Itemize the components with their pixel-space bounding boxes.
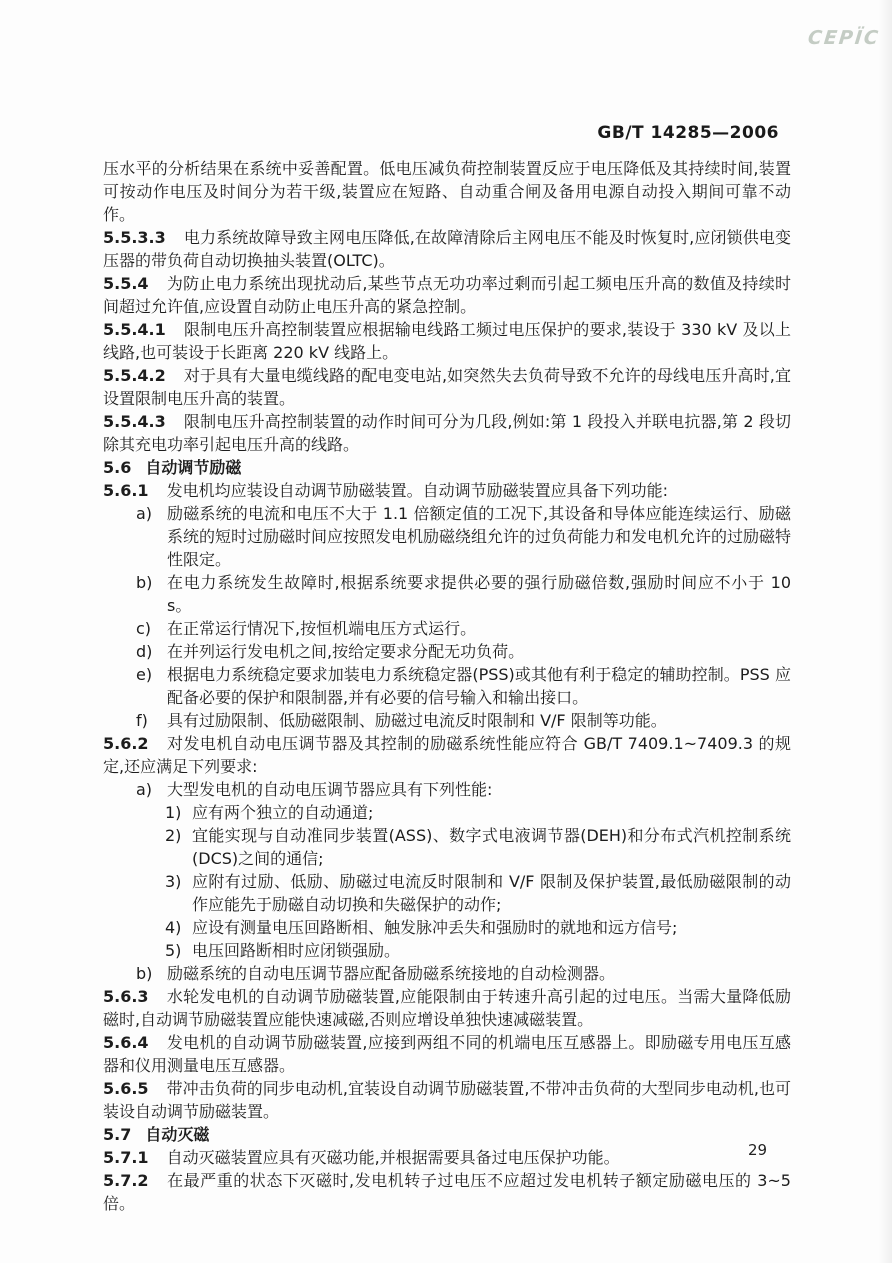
page-number: 29 [748,1141,767,1159]
list-label: d) [136,640,167,663]
list-item: a)大型发电机的自动电压调节器应具有下列性能: [103,778,791,801]
clause-text: 对于具有大量电缆线路的配电变电站,如突然失去负荷导致不允许的母线电压升高时,宜设… [103,366,791,408]
list-text: 电压回路断相时应闭锁强励。 [192,939,791,962]
paragraph: 压水平的分析结果在系统中妥善配置。低电压减负荷控制装置反应于电压降低及其持续时间… [103,157,791,226]
clause-text: 自动灭磁装置应具有灭磁功能,并根据需要具备过电压保护功能。 [167,1148,620,1167]
clause-text: 带冲击负荷的同步电动机,宜装设自动调节励磁装置,不带冲击负荷的大型同步电动机,也… [103,1079,791,1121]
list-text: 在并列运行发电机之间,按给定要求分配无功负荷。 [167,640,791,663]
clause-number: 5.5.4.3 [103,412,166,431]
section-heading: 5.6自动调节励磁 [103,456,791,479]
clause-number: 5.7.2 [103,1171,149,1190]
paragraph: 5.6.2对发电机自动电压调节器及其控制的励磁系统性能应符合 GB/T 7409… [103,732,791,778]
list-subitem: 3)应附有过励、低励、励磁过电流反时限制和 V/F 限制及保护装置,最低励磁限制… [103,870,791,916]
list-item: b)在电力系统发生故障时,根据系统要求提供必要的强行励磁倍数,强励时间应不小于 … [103,571,791,617]
document-page: CEPÏC GB/T 14285—2006 压水平的分析结果在系统中妥善配置。低… [0,0,892,1263]
list-text: 具有过励限制、低励磁限制、励磁过电流反时限制和 V/F 限制等功能。 [167,709,791,732]
list-label: 5) [165,939,192,962]
list-label: 4) [165,916,192,939]
list-label: 2) [165,824,192,870]
list-label: a) [136,778,167,801]
list-label: a) [136,502,167,571]
list-text: 在正常运行情况下,按恒机端电压方式运行。 [167,617,791,640]
cepic-logo: CEPÏC [807,27,881,49]
list-label: e) [136,663,167,709]
standard-code-header: GB/T 14285—2006 [597,123,779,143]
list-subitem: 4)应设有测量电压回路断相、触发脉冲丢失和强励时的就地和远方信号; [103,916,791,939]
clause-text: 电力系统故障导致主网电压降低,在故障清除后主网电压不能及时恢复时,应闭锁供电变压… [103,228,791,270]
list-text: 励磁系统的自动电压调节器应配备励磁系统接地的自动检测器。 [167,962,791,985]
list-item: b)励磁系统的自动电压调节器应配备励磁系统接地的自动检测器。 [103,962,791,985]
list-item: a)励磁系统的电流和电压不大于 1.1 倍额定值的工况下,其设备和导体应能连续运… [103,502,791,571]
list-text: 应有两个独立的自动通道; [192,801,791,824]
list-label: 1) [165,801,192,824]
paragraph: 5.6.3水轮发电机的自动调节励磁装置,应能限制由于转速升高引起的过电压。当需大… [103,985,791,1031]
section-title: 自动灭磁 [145,1125,209,1144]
clause-text: 限制电压升高控制装置应根据输电线路工频过电压保护的要求,装设于 330 kV 及… [103,320,791,362]
clause-number: 5.6 [103,458,131,477]
clause-number: 5.6.4 [103,1033,149,1052]
section-title: 自动调节励磁 [145,458,241,477]
paragraph: 5.5.3.3电力系统故障导致主网电压降低,在故障清除后主网电压不能及时恢复时,… [103,226,791,272]
list-text: 大型发电机的自动电压调节器应具有下列性能: [167,778,791,801]
paragraph: 5.5.4.3限制电压升高控制装置的动作时间可分为几段,例如:第 1 段投入并联… [103,410,791,456]
clause-number: 5.6.2 [103,734,149,753]
clause-text: 为防止电力系统出现扰动后,某些节点无功功率过剩而引起工频电压升高的数值及持续时间… [103,274,791,316]
list-text: 励磁系统的电流和电压不大于 1.1 倍额定值的工况下,其设备和导体应能连续运行、… [167,502,791,571]
clause-text: 发电机均应装设自动调节励磁装置。自动调节励磁装置应具备下列功能: [167,481,668,500]
clause-number: 5.5.4 [103,274,149,293]
list-subitem: 5)电压回路断相时应闭锁强励。 [103,939,791,962]
paragraph: 5.6.4发电机的自动调节励磁装置,应接到两组不同的机端电压互感器上。即励磁专用… [103,1031,791,1077]
list-text: 根据电力系统稳定要求加装电力系统稳定器(PSS)或其他有利于稳定的辅助控制。PS… [167,663,791,709]
list-label: 3) [165,870,192,916]
list-text: 在电力系统发生故障时,根据系统要求提供必要的强行励磁倍数,强励时间应不小于 10… [167,571,791,617]
list-item: c)在正常运行情况下,按恒机端电压方式运行。 [103,617,791,640]
section-heading: 5.7自动灭磁 [103,1123,791,1146]
paragraph: 5.5.4.1限制电压升高控制装置应根据输电线路工频过电压保护的要求,装设于 3… [103,318,791,364]
list-label: b) [136,962,167,985]
list-subitem: 1)应有两个独立的自动通道; [103,801,791,824]
paragraph: 5.6.5带冲击负荷的同步电动机,宜装设自动调节励磁装置,不带冲击负荷的大型同步… [103,1077,791,1123]
paragraph: 5.5.4.2对于具有大量电缆线路的配电变电站,如突然失去负荷导致不允许的母线电… [103,364,791,410]
list-item: f)具有过励限制、低励磁限制、励磁过电流反时限制和 V/F 限制等功能。 [103,709,791,732]
clause-number: 5.5.3.3 [103,228,166,247]
clause-text: 对发电机自动电压调节器及其控制的励磁系统性能应符合 GB/T 7409.1~74… [103,734,791,776]
paragraph: 5.6.1发电机均应装设自动调节励磁装置。自动调节励磁装置应具备下列功能: [103,479,791,502]
paragraph: 5.5.4为防止电力系统出现扰动后,某些节点无功功率过剩而引起工频电压升高的数值… [103,272,791,318]
clause-number: 5.7 [103,1125,131,1144]
clause-number: 5.6.1 [103,481,149,500]
list-text: 应设有测量电压回路断相、触发脉冲丢失和强励时的就地和远方信号; [192,916,791,939]
list-item: d)在并列运行发电机之间,按给定要求分配无功负荷。 [103,640,791,663]
list-text: 宜能实现与自动准同步装置(ASS)、数字式电液调节器(DEH)和分布式汽机控制系… [192,824,791,870]
list-item: e)根据电力系统稳定要求加装电力系统稳定器(PSS)或其他有利于稳定的辅助控制。… [103,663,791,709]
paragraph: 5.7.1自动灭磁装置应具有灭磁功能,并根据需要具备过电压保护功能。 [103,1146,791,1169]
clause-number: 5.7.1 [103,1148,149,1167]
list-subitem: 2)宜能实现与自动准同步装置(ASS)、数字式电液调节器(DEH)和分布式汽机控… [103,824,791,870]
clause-number: 5.5.4.1 [103,320,166,339]
scan-edge-shadow [878,0,892,1263]
document-content: 压水平的分析结果在系统中妥善配置。低电压减负荷控制装置反应于电压降低及其持续时间… [103,157,791,1215]
clause-text: 限制电压升高控制装置的动作时间可分为几段,例如:第 1 段投入并联电抗器,第 2… [103,412,791,454]
clause-number: 5.6.5 [103,1079,149,1098]
clause-text: 水轮发电机的自动调节励磁装置,应能限制由于转速升高引起的过电压。当需大量降低励磁… [103,987,791,1029]
clause-number: 5.5.4.2 [103,366,166,385]
clause-text: 压水平的分析结果在系统中妥善配置。低电压减负荷控制装置反应于电压降低及其持续时间… [103,159,791,224]
list-label: b) [136,571,167,617]
clause-number: 5.6.3 [103,987,149,1006]
clause-text: 在最严重的状态下灭磁时,发电机转子过电压不应超过发电机转子额定励磁电压的 3~5… [103,1171,791,1213]
paragraph: 5.7.2在最严重的状态下灭磁时,发电机转子过电压不应超过发电机转子额定励磁电压… [103,1169,791,1215]
list-text: 应附有过励、低励、励磁过电流反时限制和 V/F 限制及保护装置,最低励磁限制的动… [192,870,791,916]
list-label: c) [136,617,167,640]
clause-text: 发电机的自动调节励磁装置,应接到两组不同的机端电压互感器上。即励磁专用电压互感器… [103,1033,791,1075]
list-label: f) [136,709,167,732]
